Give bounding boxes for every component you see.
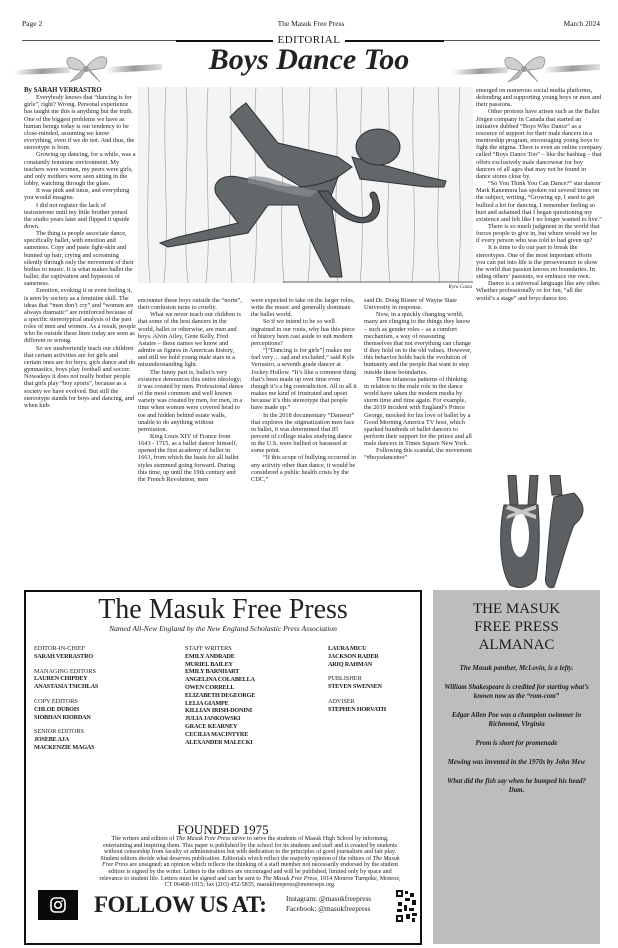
paragraph: Everybody knows that “dancing is for gir… — [24, 94, 136, 151]
staff-name: GRACE KEARNEY — [185, 723, 305, 731]
staff-name: ARIQ RAHMAN — [328, 661, 420, 669]
masthead-subtitle: Named All-New England by the New England… — [24, 624, 422, 633]
follow-us-row: FOLLOW US AT: Instagram: @masukfreepress… — [30, 886, 420, 926]
staff-role: PUBLISHER — [328, 675, 420, 683]
staff-name: STEPHEN HORVATH — [328, 706, 420, 714]
staff-name: LAUREN CHIPDEY — [34, 675, 174, 683]
paragraph: The funny part is, ballet’s very existen… — [138, 369, 244, 433]
almanac-fact: William Shakespeare is credited for star… — [443, 683, 590, 701]
almanac-fact: Prom is short for promenade — [443, 739, 590, 748]
paragraph: Dance is a universal language like any o… — [476, 280, 602, 301]
staff-name: ELIZABETH DeGEORGE — [185, 692, 305, 700]
paragraph: King Louis XIV of France from 1643 - 171… — [138, 433, 244, 483]
panther-dancer-illustration — [138, 87, 473, 283]
byline: By SARAH VERRASTRO — [24, 87, 136, 94]
staff-name: MURIEL BAILEY — [185, 661, 305, 669]
staff-name: JULIA JANKOWSKI — [185, 715, 305, 723]
staff-writers-column: STAFF WRITERS EMILY ANDRADE MURIEL BAILE… — [185, 645, 305, 746]
staff-name: MACKENZIE MAGAS — [34, 744, 174, 752]
staff-editors-column: EDITOR-IN-CHIEF SARAH VERRASTRO MANAGING… — [34, 645, 174, 752]
staff-role: STAFF WRITERS — [185, 645, 305, 653]
staff-name: LAURA MICU — [328, 645, 420, 653]
staff-name: JOSEBE AJA — [34, 736, 174, 744]
staff-role: MANAGING EDITORS — [34, 668, 174, 676]
paragraph: It is time to do our part to break the s… — [476, 244, 602, 280]
paragraph: “So You Think You Can Dance?” star dance… — [476, 180, 602, 223]
article-title: Boys Dance Too — [0, 44, 618, 76]
paragraph: These infamous patterns of thinking in r… — [364, 376, 472, 448]
publication-name: The Masuk Free Press — [22, 19, 600, 28]
article-column-4: said Dr. Doug Risner of Wayne State Univ… — [364, 297, 472, 462]
staff-name: STEVEN SWENSEN — [328, 683, 420, 691]
paragraph: It was pink and tutus, and everything yo… — [24, 187, 136, 201]
staff-name: ALEXANDER MALECKI — [185, 739, 305, 747]
article-column-3: were expected to take on the larger role… — [251, 297, 357, 483]
almanac-fact: The Masuk panther, McLovin, is a lefty. — [443, 664, 590, 673]
paragraph: Following this scandal, the movement “#b… — [364, 447, 472, 461]
staff-name: ANGELINA COLABELLA — [185, 676, 305, 684]
staff-name: CECILIA MacINTYRE — [185, 731, 305, 739]
staff-role: ADVISER — [328, 698, 420, 706]
paragraph: So if we intend to be so well ingrained … — [251, 318, 357, 347]
ballet-shoes-icon — [490, 475, 600, 590]
editorial-policy: The writers and editors of The Masuk Fre… — [98, 836, 402, 889]
staff-name: EMILY BARNHART — [185, 668, 305, 676]
paragraph: What we never teach our children is that… — [138, 311, 244, 368]
facebook-handle[interactable]: Facebook: @masukfreepress — [286, 904, 371, 914]
paragraph: Emotion, evoking it or even feeling it, … — [24, 287, 136, 344]
page-header: Page 2 The Masuk Free Press March 2024 — [22, 19, 600, 33]
social-handles: Instagram: @masukfreepress Facebook: @ma… — [286, 894, 371, 914]
paragraph: Now, in a quickly changing world, many a… — [364, 311, 472, 375]
follow-us-label: FOLLOW US AT: — [94, 892, 266, 918]
instagram-icon[interactable] — [38, 890, 78, 920]
staff-name: EMILY ANDRADE — [185, 653, 305, 661]
paragraph: encounter these boys outside the “norm”,… — [138, 297, 244, 311]
issue-date: March 2024 — [564, 19, 600, 28]
staff-role: SENIOR EDITORS — [34, 728, 174, 736]
article-column-1: By SARAH VERRASTRO Everybody knows that … — [24, 87, 136, 409]
article-column-5: emerged on numerous social media platfor… — [476, 87, 602, 302]
paragraph: “If this scope of bullying occurred in a… — [251, 454, 357, 483]
staff-name: LELIA GIAMPE — [185, 700, 305, 708]
paragraph: There is so much judgment in the world t… — [476, 223, 602, 244]
paragraph: Growing up dancing, for a while, was a c… — [24, 151, 136, 187]
image-credit: Kyra Cozza — [420, 285, 472, 290]
qr-code-icon[interactable] — [396, 890, 418, 922]
staff-name: CHLOE DuBOIS — [34, 706, 174, 714]
paragraph: “[“Dancing is for girls”] makes me feel … — [251, 347, 357, 411]
paragraph: said Dr. Doug Risner of Wayne State Univ… — [364, 297, 472, 311]
paragraph: Other protests have arisen such as the B… — [476, 108, 602, 180]
paragraph: emerged on numerous social media platfor… — [476, 87, 602, 108]
almanac-fact: Edgar Allen Poe was a champion swimmer i… — [443, 711, 590, 729]
staff-name: KILLIAN IRISH-DONINI — [185, 707, 305, 715]
article-column-2: encounter these boys outside the “norm”,… — [138, 297, 244, 483]
staff-role: COPY EDITORS — [34, 698, 174, 706]
almanac-fact: Mewing was invented in the 1970s by John… — [443, 758, 590, 767]
almanac-fact: What did the fish say when he bumped his… — [443, 777, 590, 795]
almanac-sidebar: THE MASUK FREE PRESS ALMANAC The Masuk p… — [433, 590, 600, 944]
paragraph: So we inadvertently teach our children t… — [24, 345, 136, 409]
staff-name: SARAH VERRASTRO — [34, 653, 174, 661]
paragraph: were expected to take on the larger role… — [251, 297, 357, 318]
almanac-title: THE MASUK FREE PRESS ALMANAC — [433, 600, 600, 654]
staff-role: EDITOR-IN-CHIEF — [34, 645, 174, 653]
paragraph: In the 2018 documentary “Danseur” that e… — [251, 412, 357, 455]
staff-name: OWEN CORRELL — [185, 684, 305, 692]
staff-name: JACKSON RADER — [328, 653, 420, 661]
paragraph: The thing is people associate dance, spe… — [24, 230, 136, 287]
staff-name: ANASTASIA TSICHLAS — [34, 683, 174, 691]
masthead-title: The Masuk Free Press — [24, 594, 422, 626]
staff-name: SIOBHAN RIORDAN — [34, 714, 174, 722]
staff-right-column: LAURA MICU JACKSON RADER ARIQ RAHMAN PUB… — [328, 645, 420, 714]
paragraph: I did not register the lack of testoster… — [24, 202, 136, 231]
instagram-handle[interactable]: Instagram: @masukfreepress — [286, 894, 371, 904]
